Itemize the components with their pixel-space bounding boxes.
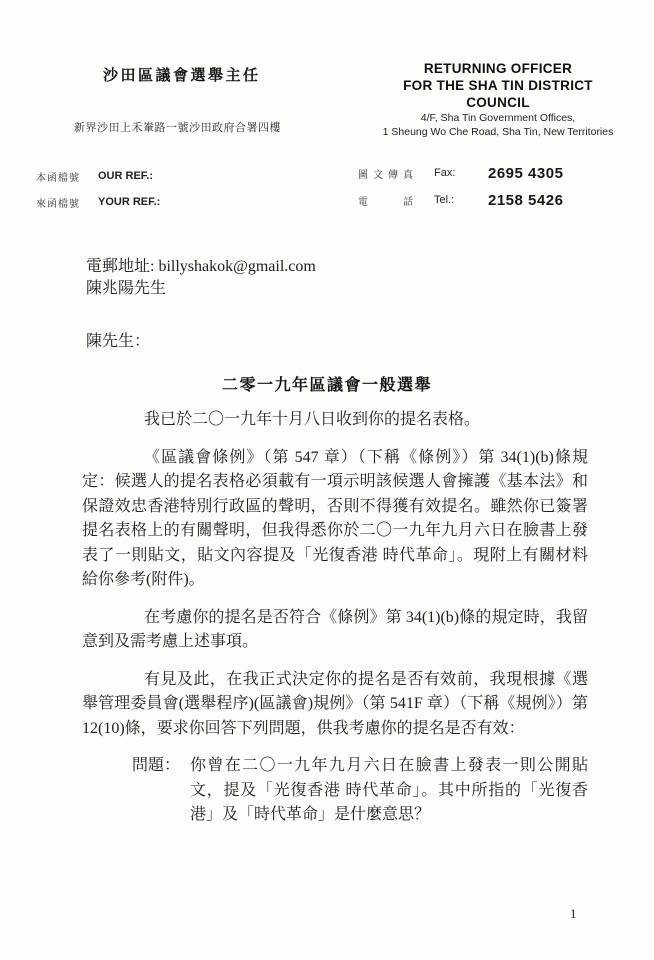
body-paragraph-3: 在考慮你的提名是否符合《條例》第 34(1)(b)條的規定時，我留意到及需考慮上… xyxy=(82,606,588,655)
sender-block-english: RETURNING OFFICER FOR THE SHA TIN DISTRI… xyxy=(381,60,615,139)
body-paragraph-2: 《區議會條例》（第 547 章）（下稱《條例》）第 34(1)(b)條規定：候選… xyxy=(82,446,588,593)
contact-numbers: 圖文傳真 Fax: 2695 4305 電話 Tel.: 2158 5426 xyxy=(358,164,563,218)
our-ref-label-chinese: 本函檔號 xyxy=(36,169,80,184)
question-block: 問題： 你曾在二〇一九年九月六日在臉書上發表一則公開貼文，提及「光復香港 時代革… xyxy=(132,754,588,828)
our-ref-row: 本函檔號 OUR REF.: xyxy=(36,167,160,193)
sender-title-english-line2: FOR THE SHA TIN DISTRICT xyxy=(381,77,615,94)
salutation: 陳先生： xyxy=(86,328,150,351)
tel-number: 2158 5426 xyxy=(488,192,563,209)
letter-body: 我已於二〇一九年十月八日收到你的提名表格。 《區議會條例》（第 547 章）（下… xyxy=(82,408,588,828)
recipient-email-line: 電郵地址: billyshakok@gmail.com xyxy=(86,256,316,278)
tel-label-english: Tel.: xyxy=(434,194,474,206)
fax-label-english: Fax: xyxy=(434,167,474,179)
our-ref-label-english: OUR REF.: xyxy=(98,170,153,182)
scanned-letter-page: 沙田區議會選舉主任 新界沙田上禾輋路一號沙田政府合署四樓 RETURNING O… xyxy=(0,0,654,960)
sender-address-english-line2: 1 Sheung Wo Che Road, Sha Tin, New Terri… xyxy=(381,125,615,139)
sender-title-chinese: 沙田區議會選舉主任 xyxy=(103,64,261,85)
fax-number: 2695 4305 xyxy=(488,165,563,182)
tel-label-chinese: 電話 xyxy=(358,193,414,208)
your-ref-row: 來函檔號 YOUR REF.: xyxy=(36,193,160,219)
your-ref-label-english: YOUR REF.: xyxy=(98,196,160,208)
body-paragraph-1: 我已於二〇一九年十月八日收到你的提名表格。 xyxy=(82,408,588,433)
sender-address-chinese: 新界沙田上禾輋路一號沙田政府合署四樓 xyxy=(74,119,281,135)
question-text: 你曾在二〇一九年九月六日在臉書上發表一則公開貼文，提及「光復香港 時代革命」。其… xyxy=(190,754,588,828)
letter-subject: 二零一九年區議會一般選舉 xyxy=(0,372,654,395)
sender-address-english-line1: 4/F, Sha Tin Government Offices, xyxy=(381,111,615,125)
tel-row: 電話 Tel.: 2158 5426 xyxy=(358,191,563,218)
recipient-block: 電郵地址: billyshakok@gmail.com 陳兆陽先生 xyxy=(86,256,316,300)
body-paragraph-4: 有見及此，在我正式決定你的提名是否有效前，我現根據《選舉管理委員會(選舉程序)(… xyxy=(82,668,588,742)
your-ref-label-chinese: 來函檔號 xyxy=(36,195,80,210)
reference-numbers: 本函檔號 OUR REF.: 來函檔號 YOUR REF.: xyxy=(36,167,160,219)
sender-title-english-line1: RETURNING OFFICER xyxy=(381,60,615,77)
question-label: 問題： xyxy=(132,754,190,828)
fax-row: 圖文傳真 Fax: 2695 4305 xyxy=(358,164,563,191)
recipient-name: 陳兆陽先生 xyxy=(86,278,316,300)
sender-title-english-line3: COUNCIL xyxy=(381,94,615,111)
page-number: 1 xyxy=(570,906,577,922)
fax-label-chinese: 圖文傳真 xyxy=(358,166,414,181)
